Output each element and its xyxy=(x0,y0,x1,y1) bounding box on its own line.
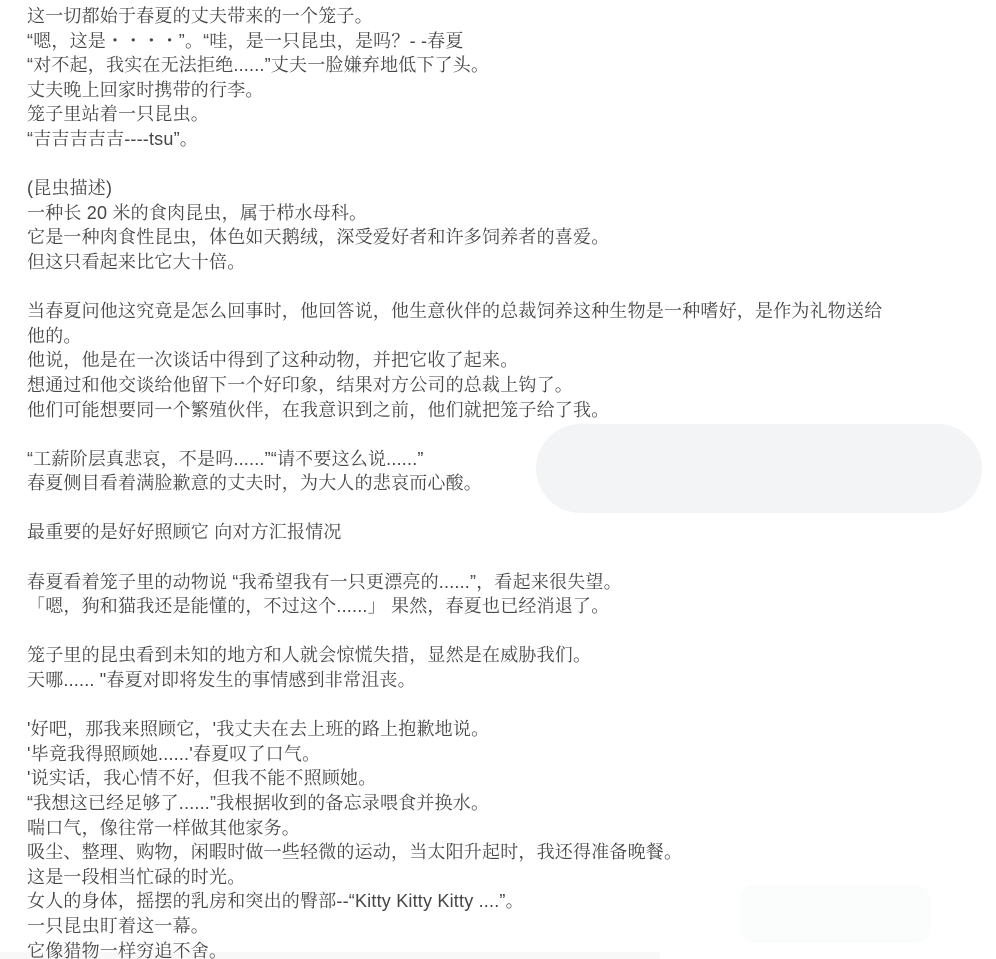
paragraph-daily-life: '好吧，那我来照顾它，'我丈夫在去上班的路上抱歉地说。 '毕竟我得照顾她....… xyxy=(27,717,988,959)
paragraph-cage: 笼子里的昆虫看到未知的地方和人就会惊慌失措，显然是在威胁我们。 天哪......… xyxy=(27,643,988,692)
story-line: 这一切都始于春夏的丈夫带来的一个笼子。 xyxy=(27,4,988,29)
paragraph-instruction: 最重要的是好好照顾它 向对方汇报情况 xyxy=(27,520,988,545)
paragraph-insect-description: (昆虫描述) 一种长 20 米的食肉昆虫，属于栉水母科。 它是一种肉食性昆虫，体… xyxy=(27,176,988,274)
story-line: 丈夫晚上回家时携带的行李。 xyxy=(27,78,988,103)
paragraph-reaction: 春夏看着笼子里的动物说 “我希望我有一只更漂亮的......”，看起来很失望。 … xyxy=(27,570,988,619)
story-line: 他说，他是在一次谈话中得到了这种动物，并把它收了起来。 xyxy=(27,348,988,373)
story-line: 一种长 20 米的食肉昆虫，属于栉水母科。 xyxy=(27,201,988,226)
story-line: “吉吉吉吉吉----tsu”。 xyxy=(27,127,988,152)
paragraph-opening: 这一切都始于春夏的丈夫带来的一个笼子。 “嗯，这是・・・・”。“哇，是一只昆虫，… xyxy=(27,4,988,152)
story-line: 吸尘、整理、购物，闲暇时做一些轻微的运动，当太阳升起时，我还得准备晚餐。 xyxy=(27,840,988,865)
story-line: 春夏侧目看着满脸歉意的丈夫时，为大人的悲哀而心酸。 xyxy=(27,471,988,496)
story-line: 它是一种肉食性昆虫，体色如天鹅绒，深受爱好者和许多饲养者的喜爱。 xyxy=(27,225,988,250)
paragraph-dialogue: “工薪阶层真悲哀，不是吗......”“请不要这么说......” 春夏侧目看着… xyxy=(27,447,988,496)
story-line: 喘口气，像往常一样做其他家务。 xyxy=(27,816,988,841)
story-line: '毕竟我得照顾她......'春夏叹了口气。 xyxy=(27,742,988,767)
story-line: 他的。 xyxy=(27,324,988,349)
story-line: “嗯，这是・・・・”。“哇，是一只昆虫，是吗？- -春夏 xyxy=(27,29,988,54)
story-line: 想通过和他交谈给他留下一个好印象，结果对方公司的总裁上钩了。 xyxy=(27,373,988,398)
story-line: 这是一段相当忙碌的时光。 xyxy=(27,865,988,890)
story-line: 笼子里站着一只昆虫。 xyxy=(27,102,988,127)
story-line: 女人的身体，摇摆的乳房和突出的臀部--“Kitty Kitty Kitty ..… xyxy=(27,889,988,914)
story-line: “我想这已经足够了......”我根据收到的备忘录喂食并换水。 xyxy=(27,791,988,816)
story-line: 天哪...... "春夏对即将发生的事情感到非常沮丧。 xyxy=(27,668,988,693)
story-line: 春夏看着笼子里的动物说 “我希望我有一只更漂亮的......”，看起来很失望。 xyxy=(27,570,988,595)
story-line: 一只昆虫盯着这一幕。 xyxy=(27,914,988,939)
story-line: '说实话，我心情不好，但我不能不照顾她。 xyxy=(27,766,988,791)
document-page: 这一切都始于春夏的丈夫带来的一个笼子。 “嗯，这是・・・・”。“哇，是一只昆虫，… xyxy=(0,0,996,959)
story-text: 这一切都始于春夏的丈夫带来的一个笼子。 “嗯，这是・・・・”。“哇，是一只昆虫，… xyxy=(27,4,988,959)
story-line: 他们可能想要同一个繁殖伙伴，在我意识到之前，他们就把笼子给了我。 xyxy=(27,398,988,423)
paragraph-explanation: 当春夏问他这究竟是怎么回事时，他回答说，他生意伙伴的总裁饲养这种生物是一种嗜好，… xyxy=(27,299,988,422)
story-line: 它像猎物一样穷追不舍。 xyxy=(27,939,988,959)
story-line: 最重要的是好好照顾它 向对方汇报情况 xyxy=(27,520,988,545)
story-line: 「嗯，狗和猫我还是能懂的，不过这个......」 果然，春夏也已经消退了。 xyxy=(27,594,988,619)
story-line: '好吧，那我来照顾它，'我丈夫在去上班的路上抱歉地说。 xyxy=(27,717,988,742)
story-line: (昆虫描述) xyxy=(27,176,988,201)
story-line: 当春夏问他这究竟是怎么回事时，他回答说，他生意伙伴的总裁饲养这种生物是一种嗜好，… xyxy=(27,299,988,324)
story-line: 笼子里的昆虫看到未知的地方和人就会惊慌失措，显然是在威胁我们。 xyxy=(27,643,988,668)
story-line: “对不起，我实在无法拒绝......”丈夫一脸嫌弃地低下了头。 xyxy=(27,53,988,78)
story-line: “工薪阶层真悲哀，不是吗......”“请不要这么说......” xyxy=(27,447,988,472)
story-line: 但这只看起来比它大十倍。 xyxy=(27,250,988,275)
